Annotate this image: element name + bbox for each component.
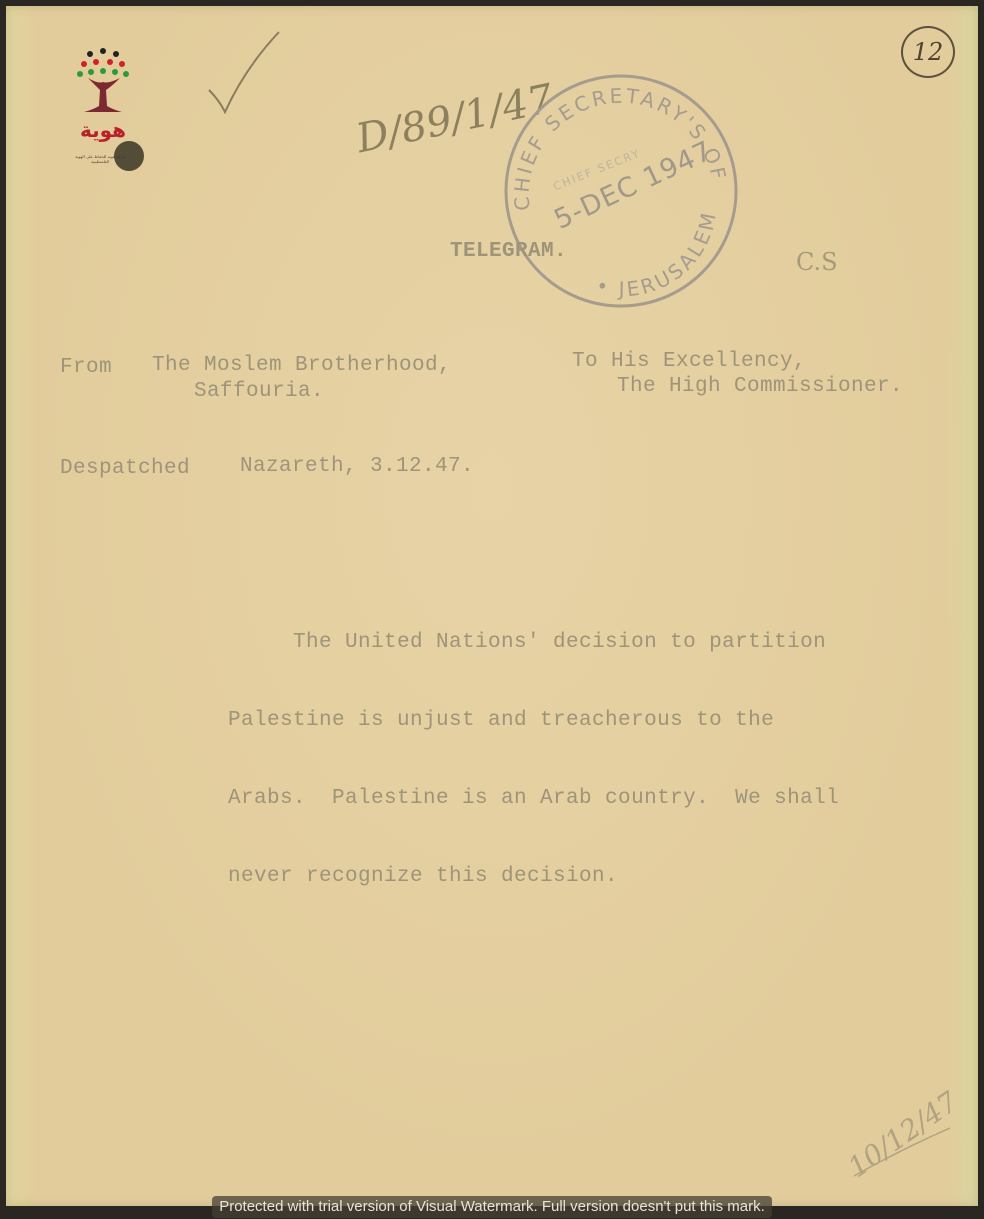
body-line: never recognize this decision. bbox=[228, 864, 839, 890]
body-line: Palestine is unjust and treacherous to t… bbox=[228, 708, 839, 734]
from-location: Saffouria. bbox=[194, 380, 324, 403]
despatched-value: Nazareth, 3.12.47. bbox=[240, 455, 474, 478]
trial-watermark: Protected with trial version of Visual W… bbox=[212, 1196, 772, 1218]
body-line: The United Nations' decision to partitio… bbox=[228, 630, 839, 656]
body-line: Arabs. Palestine is an Arab country. We … bbox=[228, 786, 839, 812]
to-title: The High Commissioner. bbox=[617, 375, 903, 398]
initials-note: C.S bbox=[796, 248, 838, 276]
despatched-label: Despatched bbox=[60, 457, 190, 480]
telegram-title: TELEGRAM. bbox=[450, 240, 567, 263]
to-recipient: To His Excellency, bbox=[572, 350, 806, 373]
logo-dark-spot bbox=[114, 141, 144, 171]
svg-text:• JERUSALEM: • JERUSALEM bbox=[594, 208, 721, 301]
telegram-body: The United Nations' decision to partitio… bbox=[228, 578, 839, 916]
from-sender: The Moslem Brotherhood, bbox=[152, 354, 451, 377]
tree-icon bbox=[74, 48, 134, 118]
logo-arabic-name: هوية bbox=[80, 118, 126, 142]
page-number: 12 bbox=[901, 26, 955, 78]
from-label: From bbox=[60, 356, 112, 379]
check-mark-icon bbox=[205, 28, 285, 118]
signature-underline bbox=[850, 1120, 960, 1180]
